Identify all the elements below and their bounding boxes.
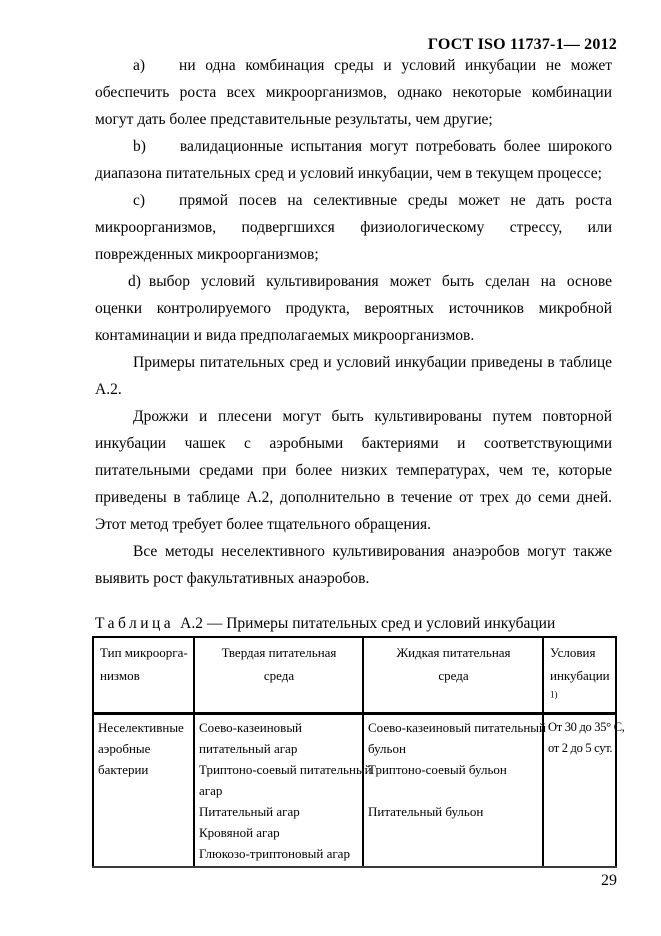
paragraph-anaerobes: Все методы неселективного культивировани… [95,538,612,592]
footnote-marker: 1) [550,690,558,700]
paragraph-yeasts-molds: Дрожжи и плесени могут быть культивирова… [95,403,612,538]
column-header-microorganism-type: Тип микроорга- низмов [93,637,194,714]
list-label: b) [133,138,146,155]
cell-microorganism-type: Неселективные аэробные бактерии [93,714,194,868]
cell-liquid-media: Соево-казеиновый питательный бульон Трип… [363,714,543,868]
table-header-row: Тип микроорга- низмов Твердая питательна… [93,637,616,714]
content-column: a)ни одна комбинация среды и условий инк… [95,52,612,868]
paragraph-list-a: a)ни одна комбинация среды и условий инк… [95,52,612,133]
table-row: Неселективные аэробные бактерии Соево-ка… [93,714,616,868]
table-caption-word: Таблица [95,615,174,632]
paragraph-list-b: b)валидационные испытания могут потребов… [95,133,612,187]
paragraph-text: прямой посев на селективные среды может … [95,192,612,263]
document-page: ГОСТ ISO 11737-1— 2012 a)ни одна комбина… [0,0,661,936]
paragraph-text: ни одна комбинация среды и условий инкуб… [95,57,612,128]
table-caption: ТаблицаА.2 — Примеры питательных сред и … [95,612,612,636]
body-text: a)ни одна комбинация среды и условий инк… [95,52,612,592]
cell-solid-media: Соево-казеиновый питательный агар Трипто… [194,714,363,868]
column-header-incubation-conditions: Условия инкубации1) [543,637,616,714]
column-header-liquid-medium: Жидкая питательная среда [363,637,543,714]
list-label: a) [133,57,145,74]
paragraph-text: валидационные испытания могут потребоват… [95,138,612,182]
paragraph-list-c: c)прямой посев на селективные среды може… [95,187,612,268]
page-number: 29 [601,872,617,890]
cell-incubation-conditions: От 30 до 35° С, от 2 до 5 сут. [543,714,616,868]
list-label: c) [133,192,145,209]
paragraph-examples: Примеры питательных сред и условий инкуб… [95,349,612,403]
column-header-solid-medium: Твердая питательная среда [194,637,363,714]
paragraph-text: выбор условий культивирования может быть… [95,273,612,344]
table-caption-text: А.2 — Примеры питательных сред и условий… [180,615,555,632]
media-incubation-table: Тип микроорга- низмов Твердая питательна… [92,636,617,868]
paragraph-list-d: d)выбор условий культивирования может бы… [95,268,612,349]
list-label: d) [128,273,141,290]
